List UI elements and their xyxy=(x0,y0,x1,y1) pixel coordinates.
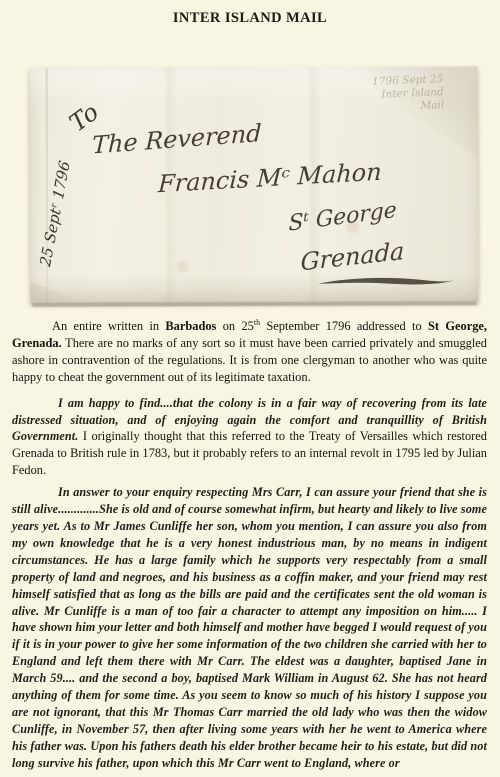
underline-flourish-icon xyxy=(316,274,456,288)
page-title: INTER ISLAND MAIL xyxy=(0,10,500,27)
fold-line-left xyxy=(46,68,49,303)
address-line-reverend: The Reverend xyxy=(92,119,262,160)
pencil-annotation: 1796 Sept 25 Inter Island Mail xyxy=(372,73,445,115)
manuscript-date: 25 Septʳ 1796 xyxy=(36,159,73,269)
description-bold-origin: Barbados xyxy=(165,319,216,333)
address-line-island: Grenada xyxy=(300,237,404,276)
fold-crease-bottom-left xyxy=(30,269,90,303)
description-text: There are no marks of any sort so it mus… xyxy=(12,336,487,384)
pencil-line: Mail xyxy=(373,99,445,115)
transcript-paragraph-1: I am happy to find....that the colony is… xyxy=(12,395,487,480)
description-text: An entire written in xyxy=(52,319,165,333)
letter-scan: 1796 Sept 25 Inter Island Mail 25 Septʳ … xyxy=(30,66,479,303)
text-block: An entire written in Barbados on 25th Se… xyxy=(12,318,487,772)
description-paragraph: An entire written in Barbados on 25th Se… xyxy=(12,318,487,386)
address-line-town: Sᵗ George xyxy=(289,198,397,237)
exhibit-page: INTER ISLAND MAIL 1796 Sept 25 Inter Isl… xyxy=(0,0,500,777)
description-text: September 1796 addressed to xyxy=(260,319,428,333)
transcript-quote: In answer to your enquiry respecting Mrs… xyxy=(12,485,487,770)
description-text: on 25 xyxy=(216,319,253,333)
transcript-paragraph-2: In answer to your enquiry respecting Mrs… xyxy=(12,484,487,771)
transcript-commentary: I originally thought that this referred … xyxy=(12,429,487,477)
address-line-name: Francis Mᶜ Mahon xyxy=(157,158,382,199)
